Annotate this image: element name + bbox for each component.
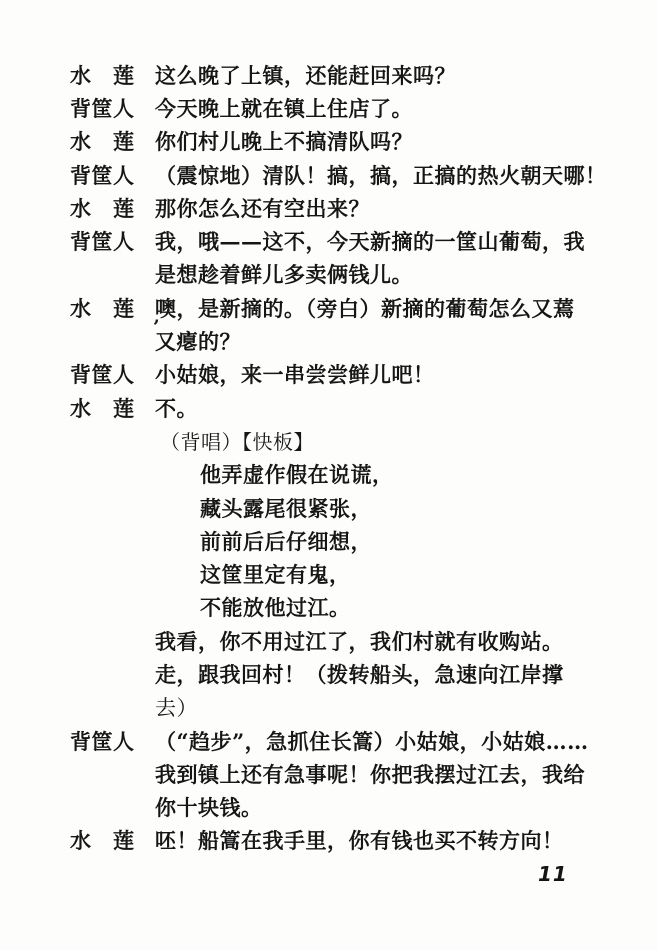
line-text: 我到镇上还有急事呢！你把我摆过江去，我给 xyxy=(155,759,585,789)
script-line: 背筐人 小姑娘，来一串尝尝鲜儿吧！ xyxy=(70,358,598,391)
script-line: 你十块钱。 xyxy=(70,791,598,824)
script-line: 水 莲 不。 xyxy=(70,391,598,424)
script-line: 背筐人 （震惊地）清队！搞，搞，正搞的热火朝天哪！ xyxy=(70,158,598,191)
speaker-name: 背筐人 xyxy=(70,359,155,389)
speaker-name: 水 莲 xyxy=(70,825,155,855)
script-line: 背筐人 今天晚上就在镇上住店了。 xyxy=(70,91,598,124)
speaker-name: 水 莲 xyxy=(70,126,155,156)
line-text: （背唱）【快板】 xyxy=(160,426,314,455)
speaker-name: 水 莲 xyxy=(70,60,155,90)
line-text: 那你怎么还有空出来？ xyxy=(155,193,370,223)
script-line: 不能放他过江。 xyxy=(70,591,598,624)
line-text: 我看，你不用过江了，我们村就有收购站。 xyxy=(155,626,564,656)
script-line: 是想趁着鲜儿多卖俩钱儿。 xyxy=(70,258,598,291)
line-text: 他弄虚作假在说谎， xyxy=(200,459,394,489)
line-text: 前前后后仔细想， xyxy=(200,526,372,556)
script-line: 背筐人 （“趋步”，急抓住长篙）小姑娘，小姑娘…… xyxy=(70,724,598,757)
line-text: 你十块钱。 xyxy=(155,792,263,822)
script-page: 水 莲 这么晚了上镇，还能赶回来吗？ 背筐人 今天晚上就在镇上住店了。 水 莲 … xyxy=(0,0,658,950)
script-line: 我看，你不用过江了，我们村就有收购站。 xyxy=(70,624,598,657)
script-line: （背唱）【快板】 xyxy=(70,424,598,457)
speaker-name: 水 莲 xyxy=(70,393,155,423)
line-text: 噢，是新摘的。（旁白）新摘的葡萄怎么又蔫 xyxy=(155,293,575,323)
page-number: 11 xyxy=(538,862,568,886)
script-line: 这筐里定有鬼， xyxy=(70,557,598,590)
line-text: 藏头露尾很紧张， xyxy=(200,493,372,523)
script-line: 走，跟我回村！（拨转船头，急速向江岸撑 xyxy=(70,657,598,690)
line-text: 这筐里定有鬼， xyxy=(200,559,351,589)
script-line: 去） xyxy=(70,691,598,724)
script-line: 水 莲 噢，是新摘的。（旁白）新摘的葡萄怎么又蔫 xyxy=(70,291,598,324)
line-text: 你们村儿晚上不搞清队吗？ xyxy=(155,126,413,156)
line-text: （“趋步”，急抓住长篙）小姑娘，小姑娘…… xyxy=(155,726,589,756)
speaker-name: 背筐人 xyxy=(70,726,155,756)
script-line: 前前后后仔细想， xyxy=(70,524,598,557)
script-line: 水 莲 这么晚了上镇，还能赶回来吗？ xyxy=(70,58,598,91)
print-artifact-mark: ’ xyxy=(153,316,160,338)
speaker-name: 背筐人 xyxy=(70,160,155,190)
line-text: 去） xyxy=(155,692,198,722)
script-line: 水 莲 你们村儿晚上不搞清队吗？ xyxy=(70,125,598,158)
script-line: 水 莲 呸！船篙在我手里，你有钱也买不转方向！ xyxy=(70,824,598,857)
line-text: 是想趁着鲜儿多卖俩钱儿。 xyxy=(155,259,413,289)
line-text: 我，哦——这不，今天新摘的一筐山葡萄，我 xyxy=(155,226,585,256)
script-line: 藏头露尾很紧张， xyxy=(70,491,598,524)
line-text: 走，跟我回村！（拨转船头，急速向江岸撑 xyxy=(155,659,564,689)
line-text: 呸！船篙在我手里，你有钱也买不转方向！ xyxy=(155,825,564,855)
speaker-name: 水 莲 xyxy=(70,293,155,323)
speaker-name: 背筐人 xyxy=(70,226,155,256)
line-text: 又瘪的？ xyxy=(155,326,241,356)
script-line: 水 莲 那你怎么还有空出来？ xyxy=(70,191,598,224)
speaker-name: 背筐人 xyxy=(70,93,155,123)
line-text: 不能放他过江。 xyxy=(200,592,351,622)
line-text: 不。 xyxy=(155,393,198,423)
script-line: 背筐人 我，哦——这不，今天新摘的一筐山葡萄，我 xyxy=(70,224,598,257)
script-line: 我到镇上还有急事呢！你把我摆过江去，我给 xyxy=(70,757,598,790)
line-text: （震惊地）清队！搞，搞，正搞的热火朝天哪！ xyxy=(155,160,607,190)
line-text: 小姑娘，来一串尝尝鲜儿吧！ xyxy=(155,359,435,389)
line-text: 今天晚上就在镇上住店了。 xyxy=(155,93,413,123)
script-line: 又瘪的？ xyxy=(70,324,598,357)
line-text: 这么晚了上镇，还能赶回来吗？ xyxy=(155,60,456,90)
speaker-name: 水 莲 xyxy=(70,193,155,223)
script-line: 他弄虚作假在说谎， xyxy=(70,458,598,491)
script-body: 水 莲 这么晚了上镇，还能赶回来吗？ 背筐人 今天晚上就在镇上住店了。 水 莲 … xyxy=(0,0,658,857)
